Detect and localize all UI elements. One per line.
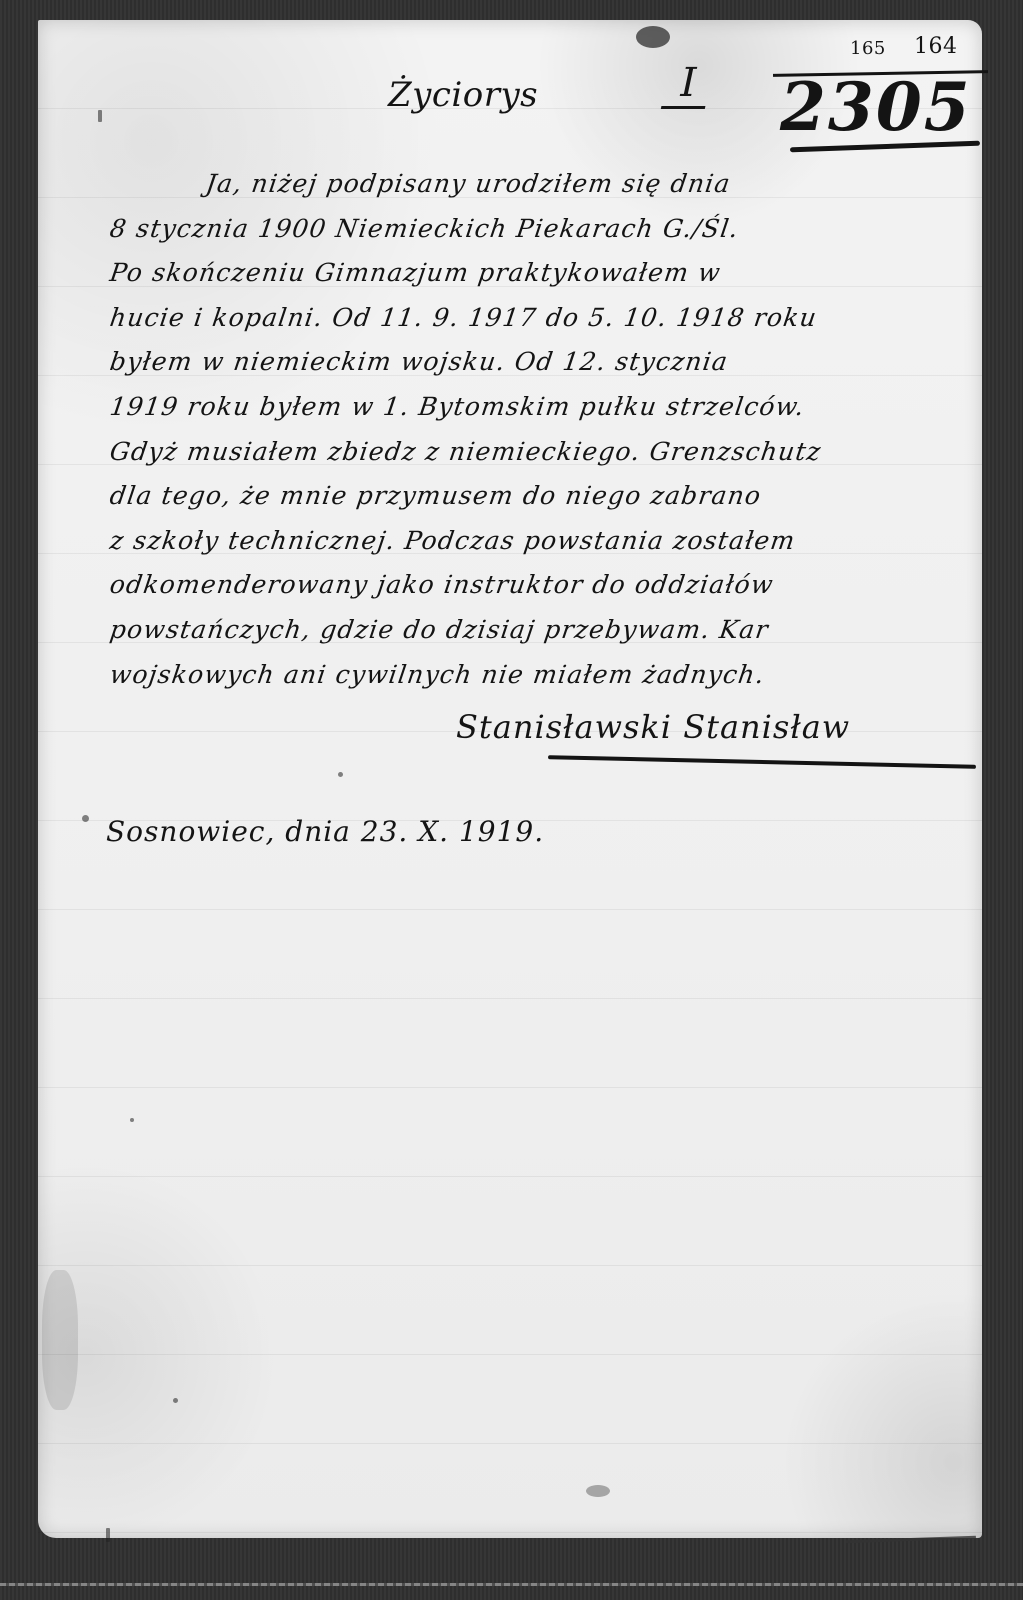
paper-page: Życiorys I 165 164 2305 Ja, niżej podpis… bbox=[38, 20, 982, 1538]
place-date: Sosnowiec, dnia 23. X. 1919. bbox=[106, 815, 544, 848]
signature: Stanisławski Stanisław bbox=[456, 708, 850, 746]
ink-speck bbox=[586, 1485, 610, 1497]
text-line: 1919 roku byłem w 1. Bytomskim pułku str… bbox=[107, 385, 993, 430]
text-line: wojskowych ani cywilnych nie miałem żadn… bbox=[107, 653, 993, 698]
ink-speck bbox=[338, 772, 343, 777]
stain bbox=[42, 1270, 78, 1410]
text-line: Po skończeniu Gimnazjum praktykowałem w bbox=[107, 251, 993, 296]
text-line: dla tego, że mnie przymusem do niego zab… bbox=[107, 474, 993, 519]
ink-stain bbox=[636, 26, 670, 48]
ink-speck bbox=[130, 1118, 134, 1122]
folio-number: 165 bbox=[850, 38, 886, 59]
ink-speck bbox=[106, 1528, 110, 1542]
record-number: 2305 bbox=[780, 68, 972, 146]
document-title: Życiorys bbox=[388, 75, 538, 115]
text-line: hucie i kopalni. Od 11. 9. 1917 do 5. 10… bbox=[107, 296, 993, 341]
text-line: byłem w niemieckim wojsku. Od 12. styczn… bbox=[107, 340, 993, 385]
ink-speck bbox=[98, 110, 102, 122]
text-line: odkomenderowany jako instruktor do oddzi… bbox=[107, 563, 993, 608]
folio-number-crossed: 164 bbox=[914, 34, 958, 59]
section-mark: I bbox=[661, 60, 716, 109]
biography-text: Ja, niżej podpisany urodziłem się dnia 8… bbox=[110, 162, 990, 697]
text-line: 8 stycznia 1900 Niemieckich Piekarach G.… bbox=[107, 207, 993, 252]
signature-underline bbox=[548, 755, 976, 769]
ink-speck bbox=[82, 815, 89, 822]
text-line: Ja, niżej podpisany urodziłem się dnia bbox=[107, 162, 993, 207]
ink-speck bbox=[173, 1398, 178, 1403]
text-line: powstańczych, gdzie do dzisiaj przebywam… bbox=[107, 608, 993, 653]
pencil-mark bbox=[846, 1536, 976, 1548]
text-line: Gdyż musiałem zbiedz z niemieckiego. Gre… bbox=[107, 430, 993, 475]
scanned-document: Życiorys I 165 164 2305 Ja, niżej podpis… bbox=[0, 0, 1023, 1600]
text-line: z szkoły technicznej. Podczas powstania … bbox=[107, 519, 993, 564]
